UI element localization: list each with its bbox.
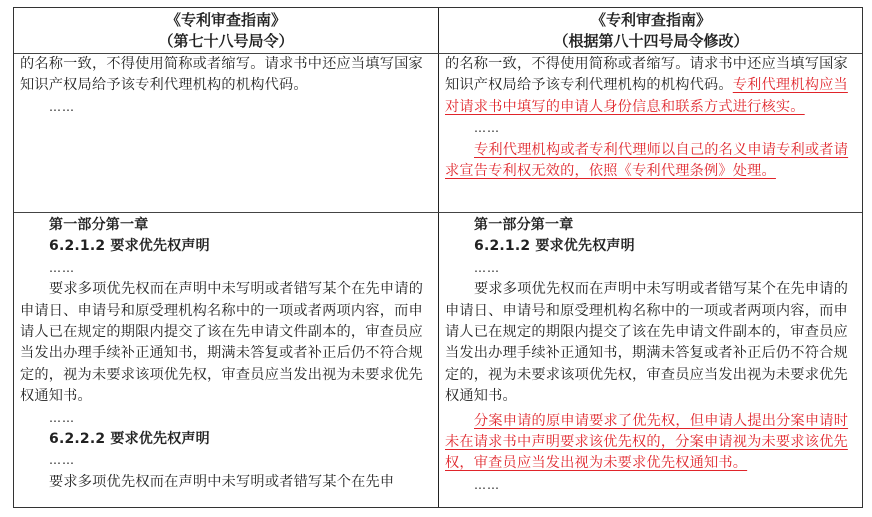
paragraph: 要求多项优先权而在声明中未写明或者错写某个在先申请的申请日、申请号和原受理机构名… — [20, 279, 433, 407]
ellipsis: …… — [20, 408, 433, 429]
section-heading: 6.2.1.2 要求优先权声明 — [445, 236, 858, 257]
header-new-subtitle: （根据第八十四号局令修改） — [439, 31, 863, 52]
ellipsis: …… — [20, 258, 433, 279]
ellipsis: …… — [20, 450, 433, 471]
chapter-heading: 第一部分第一章 — [445, 215, 858, 236]
row2-old-cell: 第一部分第一章 6.2.1.2 要求优先权声明 …… 要求多项优先权而在声明中未… — [14, 213, 438, 507]
comparison-table: 《专利审查指南》 （第七十八号局令） 《专利审查指南》 （根据第八十四号局令修改… — [13, 7, 863, 508]
ellipsis: …… — [445, 475, 858, 496]
paragraph: 分案申请的原申请要求了优先权，但申请人提出分案申请时未在请求书中声明要求该优先权… — [445, 411, 858, 475]
paragraph: 要求多项优先权而在声明中未写明或者错写某个在先申请的申请日、申请号和原受理机构名… — [445, 279, 858, 407]
added-text: 分案申请的原申请要求了优先权，但申请人提出分案申请时未在请求书中声明要求该优先权… — [445, 413, 848, 472]
header-old-version: 《专利审查指南》 （第七十八号局令） — [14, 8, 438, 53]
ellipsis: …… — [445, 118, 858, 139]
chapter-heading: 第一部分第一章 — [20, 215, 433, 236]
section-heading: 6.2.2.2 要求优先权声明 — [20, 429, 433, 450]
row2-new-cell: 第一部分第一章 6.2.1.2 要求优先权声明 …… 要求多项优先权而在声明中未… — [439, 213, 863, 507]
header-new-version: 《专利审查指南》 （根据第八十四号局令修改） — [439, 8, 863, 53]
header-old-subtitle: （第七十八号局令） — [14, 31, 438, 52]
row1-old-cell: 的名称一致，不得使用简称或者缩写。请求书中还应当填写国家知识产权局给予该专利代理… — [14, 54, 438, 212]
paragraph: 的名称一致，不得使用简称或者缩写。请求书中还应当填写国家知识产权局给予该专利代理… — [445, 54, 858, 118]
header-new-title: 《专利审查指南》 — [439, 10, 863, 31]
ellipsis: …… — [20, 97, 433, 118]
ellipsis: …… — [445, 258, 858, 279]
row1-new-cell: 的名称一致，不得使用简称或者缩写。请求书中还应当填写国家知识产权局给予该专利代理… — [439, 54, 863, 212]
header-old-title: 《专利审查指南》 — [14, 10, 438, 31]
paragraph: 专利代理机构或者专利代理师以自己的名义申请专利或者请求宣告专利权无效的，依照《专… — [445, 140, 858, 183]
added-text: 专利代理机构或者专利代理师以自己的名义申请专利或者请求宣告专利权无效的，依照《专… — [445, 142, 848, 179]
paragraph: 要求多项优先权而在声明中未写明或者错写某个在先申 — [20, 472, 433, 493]
paragraph: 的名称一致，不得使用简称或者缩写。请求书中还应当填写国家知识产权局给予该专利代理… — [20, 54, 433, 97]
section-heading: 6.2.1.2 要求优先权声明 — [20, 236, 433, 257]
